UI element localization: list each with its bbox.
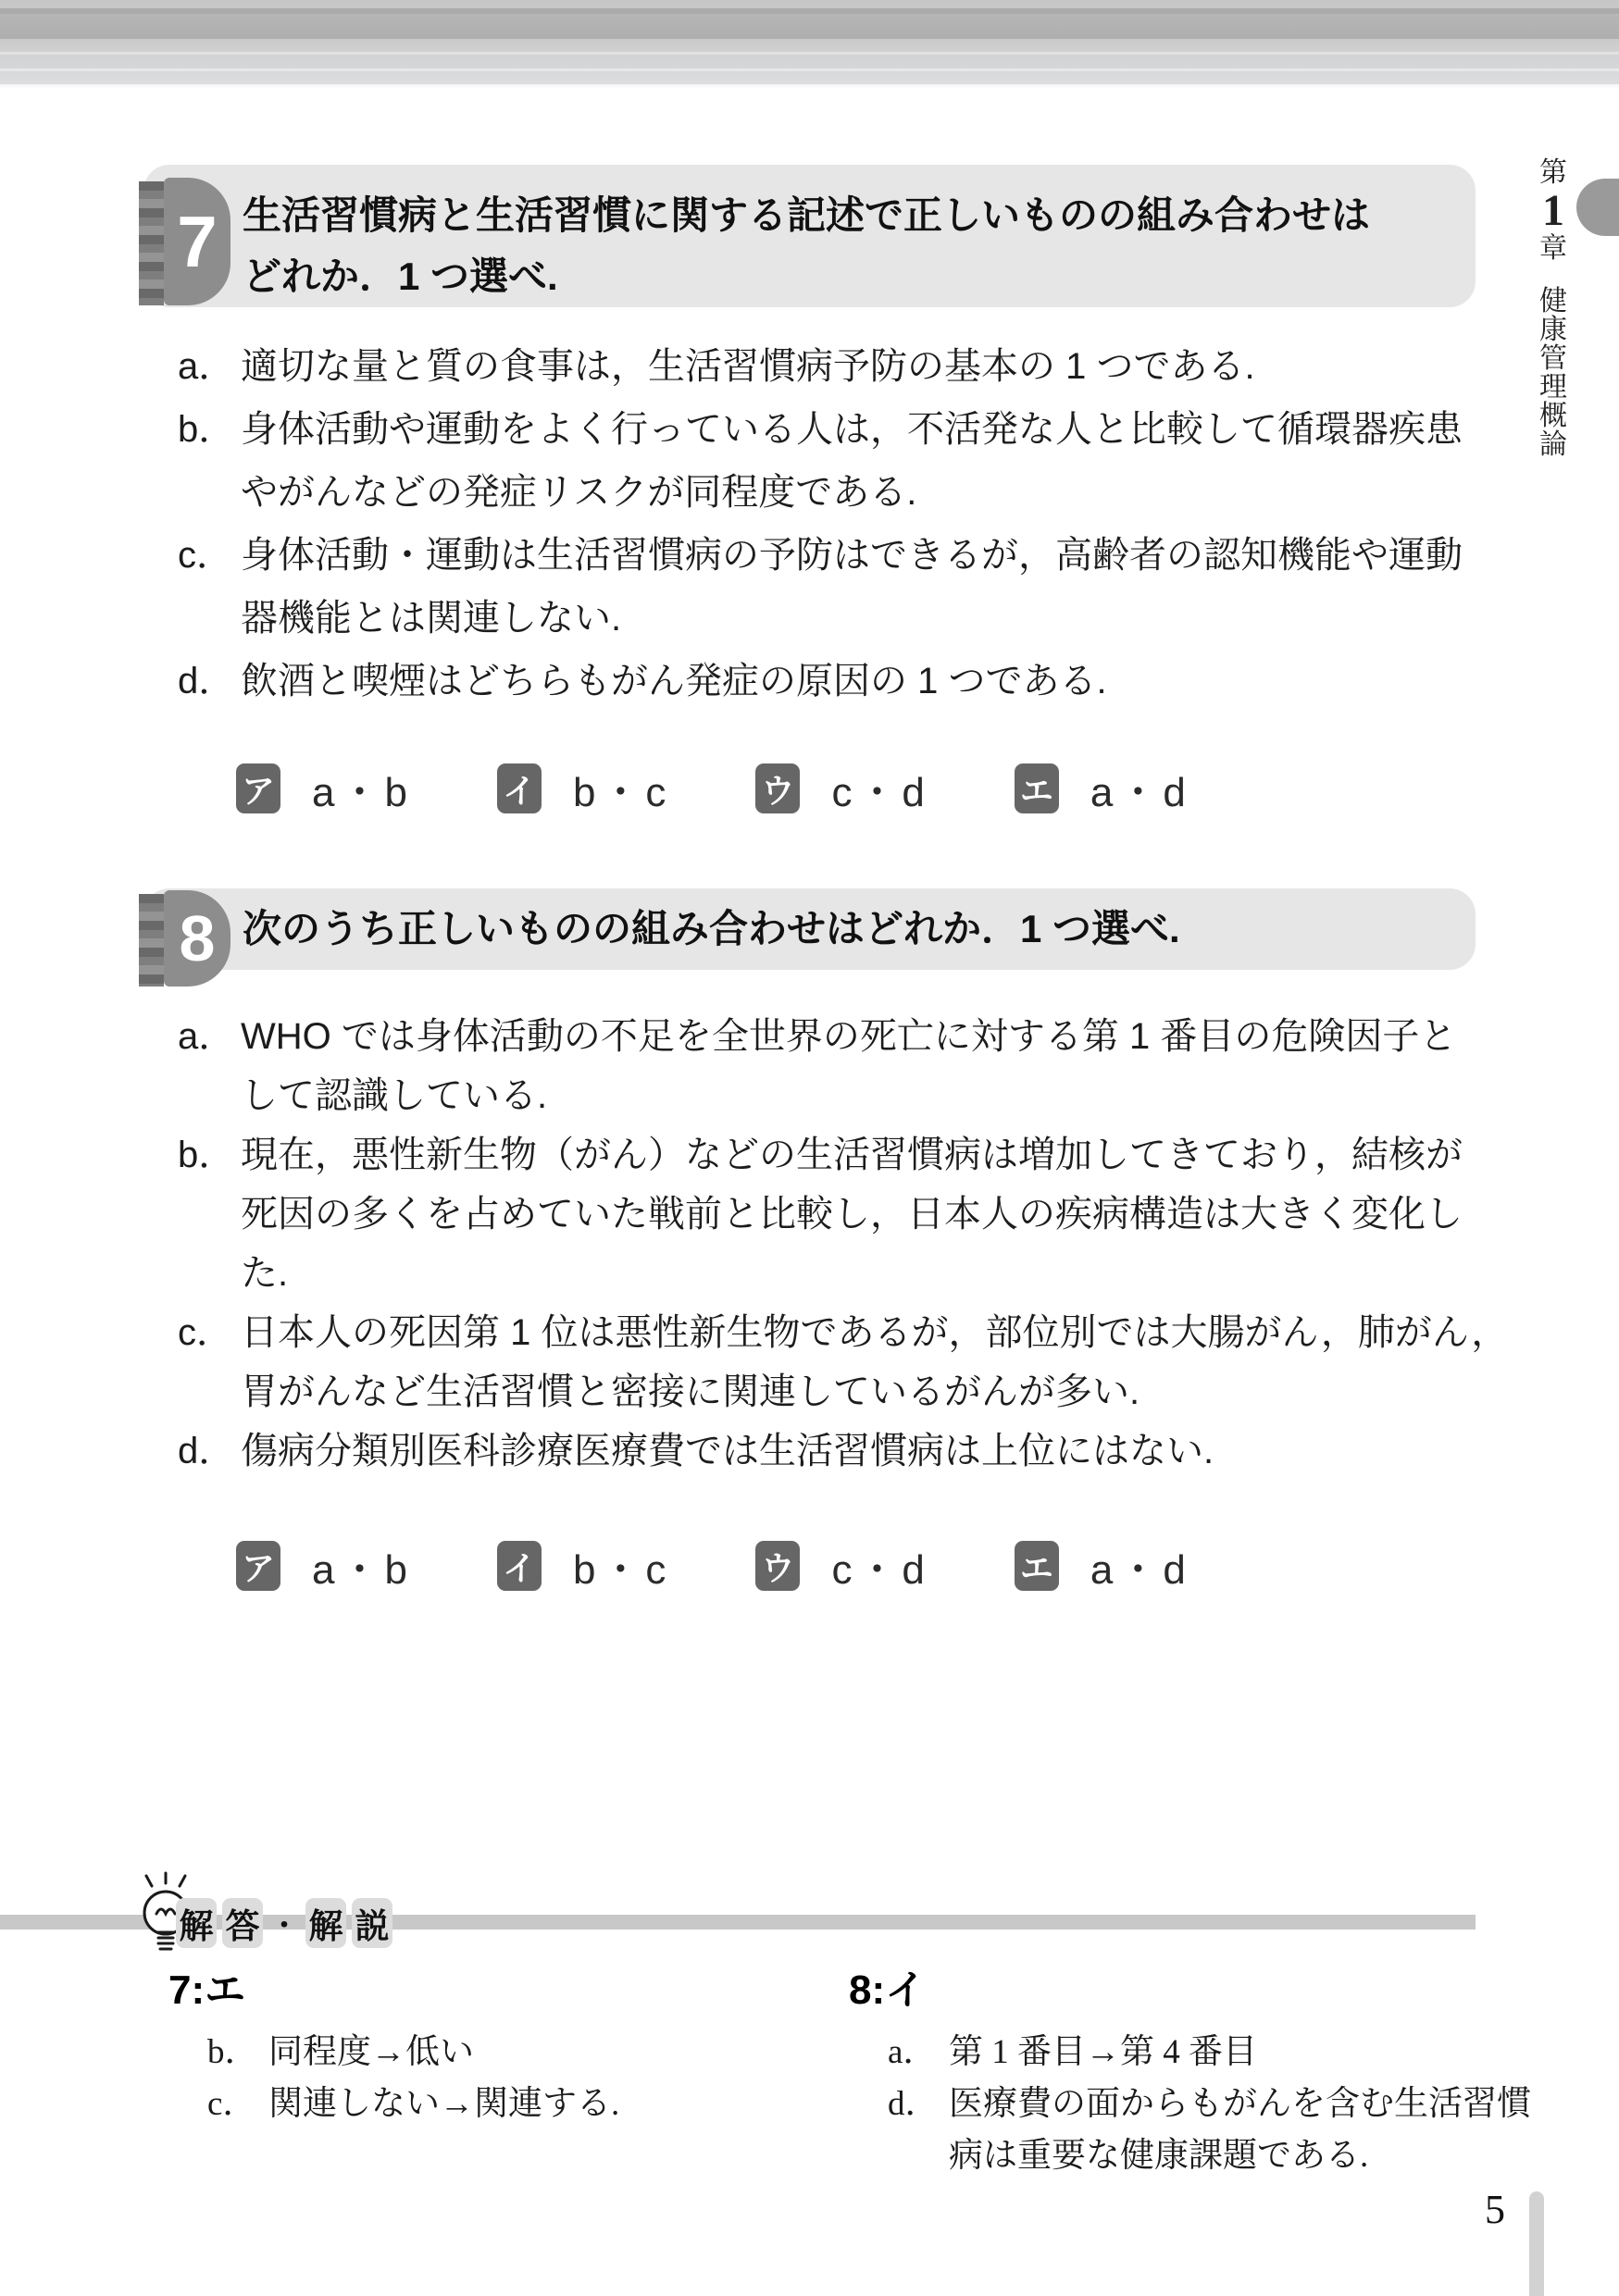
choice-pair: a・d [1090,759,1190,818]
choice-e: エa・d [1015,1536,1190,1595]
choice-key-badge: ア [236,1541,280,1591]
question-7-number-badge: 7 [164,178,230,305]
choice-key-badge: イ [497,763,542,813]
item-label: d． [178,650,241,713]
question-7-items: a．適切な量と質の食事は，生活習慣病予防の基本の 1 つである. b．身体活動や… [178,335,1463,713]
note-text: 第 1 番目→第 4 番目 [949,2033,1257,2071]
choice-i: イb・c [497,759,670,818]
item-b-cont: やがんなどの発症リスクが同程度である. [178,461,1463,524]
item-d: d．飲酒と喫煙はどちらもがん発症の原因の 1 つである. [178,650,1463,713]
choice-a: アa・b [236,1536,412,1595]
choice-e: エa・d [1015,759,1190,818]
choice-key-badge: エ [1015,1541,1059,1591]
answer-column-q8: 8:イ a．第 1 番目→第 4 番目 d．医療費の面からもがんを含む生活習慣 … [849,1956,1531,2182]
question-7-number: 7 [177,200,217,284]
note-text: 病は重要な健康課題である. [949,2137,1368,2175]
question-title-line: 次のうち正しいものの組み合わせはどれか．1 つ選べ. [243,900,1180,959]
chapter-tab [1576,179,1619,236]
chapter-title: 健康管理概論 [1539,287,1567,459]
note-label: c． [207,2079,268,2130]
answer-note: c．関連しない→関連する. [168,2079,619,2130]
choice-pair: c・d [831,1536,928,1595]
question-8-number-badge: 8 [164,890,230,987]
question-8-number: 8 [180,901,216,975]
choice-key-badge: ア [236,763,280,813]
item-text: 日本人の死因第 1 位は悪性新生物であるが，部位別では大腸がん，肺がん， [241,1312,1508,1353]
textbook-page: 第 1 章 健康管理概論 7 生活習慣病と生活習慣に関する記述で正しいものの組み… [0,0,1619,2296]
item-c-cont: 器機能とは関連しない. [178,587,1463,650]
choice-key-badge: ウ [755,763,800,813]
choice-pair: a・b [312,759,412,818]
item-text: た. [241,1253,288,1294]
page-edge-bar [1529,2191,1544,2296]
item-text: 身体活動や運動をよく行っている人は，不活発な人と比較して循環器疾患 [241,409,1463,450]
item-c: c．日本人の死因第 1 位は悪性新生物であるが，部位別では大腸がん，肺がん， [178,1303,1508,1362]
item-a-cont: して認識している. [178,1066,1508,1125]
choice-pair: b・c [573,1536,670,1595]
question-8-tab-stripes [139,894,164,987]
answer-header-box: 説 [352,1898,392,1948]
item-label: c． [178,524,241,587]
answer-note-cont: 病は重要な健康課題である. [849,2130,1531,2182]
item-label: b． [178,398,241,461]
top-stripes-decoration [0,0,1619,89]
chapter-prefix: 第 [1539,157,1567,189]
item-text: 適切な量と質の食事は，生活習慣病予防の基本の 1 つである. [241,346,1255,387]
note-text: 同程度→低い [268,2033,474,2071]
item-label: d． [178,1421,241,1481]
item-text: 身体活動・運動は生活習慣病の予防はできるが，高齢者の認知機能や運動 [241,535,1463,576]
item-text: 飲酒と喫煙はどちらもがん発症の原因の 1 つである. [241,661,1107,701]
item-label: b． [178,1125,241,1185]
answer-key: 8:イ [849,1956,1531,2016]
item-text: 死因の多くを占めていた戦前と比較し，日本人の疾病構造は大きく変化し [241,1194,1463,1235]
item-a: a．WHO では身体活動の不足を全世界の死亡に対する第 1 番目の危険因子と [178,1007,1508,1066]
item-b-cont: 死因の多くを占めていた戦前と比較し，日本人の疾病構造は大きく変化し [178,1185,1508,1244]
answer-key: 7:エ [168,1956,619,2016]
item-label: c． [178,1303,241,1362]
note-text: 関連しない→関連する. [268,2085,619,2123]
item-label: a． [178,1007,241,1066]
answer-note: d．医療費の面からもがんを含む生活習慣 [849,2079,1531,2130]
choice-pair: a・b [312,1536,412,1595]
item-text: やがんなどの発症リスクが同程度である. [241,472,916,513]
answer-header-box: 答 [222,1898,263,1948]
item-text: 現在，悪性新生物（がん）などの生活習慣病は増加してきており，結核が [241,1135,1463,1175]
chapter-number: 1 [1542,189,1564,233]
answer-column-q7: 7:エ b．同程度→低い c．関連しない→関連する. [168,1956,619,2130]
answer-header: 解 答 ・ 解 説 [176,1898,392,1948]
item-c-cont: 胃がんなど生活習慣と密接に関連しているがんが多い. [178,1362,1508,1421]
chapter-suffix: 章 [1539,233,1567,265]
choice-pair: b・c [573,759,670,818]
question-7-tab-stripes [139,181,164,305]
note-text: 医療費の面からもがんを含む生活習慣 [949,2085,1531,2123]
item-text: 器機能とは関連しない. [241,598,621,639]
choice-key-badge: ウ [755,1541,800,1591]
question-title-line: どれか．1 つ選べ. [243,246,1370,307]
item-b-cont: た. [178,1244,1508,1303]
question-title-line: 生活習慣病と生活習慣に関する記述で正しいものの組み合わせは [243,185,1370,246]
choice-a: アa・b [236,759,412,818]
answer-header-separator: ・ [270,1903,298,1943]
page-number: 5 [1485,2186,1505,2233]
note-label: d． [888,2079,949,2130]
choice-u: ウc・d [755,1536,928,1595]
item-text: 傷病分類別医科診療医療費では生活習慣病は上位にはない. [241,1431,1214,1471]
note-label: a． [888,2027,949,2079]
chapter-label: 第 1 章 健康管理概論 [1527,157,1579,459]
question-8-choices: アa・b イb・c ウc・d エa・d [236,1536,1190,1595]
question-7-choices: アa・b イb・c ウc・d エa・d [236,759,1190,818]
item-d: d．傷病分類別医科診療医療費では生活習慣病は上位にはない. [178,1421,1508,1481]
note-label: b． [207,2027,268,2079]
item-b: b．現在，悪性新生物（がん）などの生活習慣病は増加してきており，結核が [178,1125,1508,1185]
answer-note: b．同程度→低い [168,2027,619,2079]
item-text: して認識している. [241,1075,547,1116]
item-text: WHO では身体活動の不足を全世界の死亡に対する第 1 番目の危険因子と [241,1016,1456,1057]
question-7-title: 生活習慣病と生活習慣に関する記述で正しいものの組み合わせは どれか．1 つ選べ. [243,185,1370,307]
answer-header-box: 解 [305,1898,346,1948]
choice-pair: a・d [1090,1536,1190,1595]
choice-key-badge: エ [1015,763,1059,813]
answer-header-box: 解 [176,1898,217,1948]
question-8-items: a．WHO では身体活動の不足を全世界の死亡に対する第 1 番目の危険因子と し… [178,1007,1508,1481]
item-text: 胃がんなど生活習慣と密接に関連しているがんが多い. [241,1371,1140,1412]
item-label: a． [178,335,241,398]
choice-u: ウc・d [755,759,928,818]
answer-note: a．第 1 番目→第 4 番目 [849,2027,1531,2079]
question-8-title: 次のうち正しいものの組み合わせはどれか．1 つ選べ. [243,900,1180,959]
choice-i: イb・c [497,1536,670,1595]
item-a: a．適切な量と質の食事は，生活習慣病予防の基本の 1 つである. [178,335,1463,398]
item-b: b．身体活動や運動をよく行っている人は，不活発な人と比較して循環器疾患 [178,398,1463,461]
choice-key-badge: イ [497,1541,542,1591]
choice-pair: c・d [831,759,928,818]
item-c: c．身体活動・運動は生活習慣病の予防はできるが，高齢者の認知機能や運動 [178,524,1463,587]
